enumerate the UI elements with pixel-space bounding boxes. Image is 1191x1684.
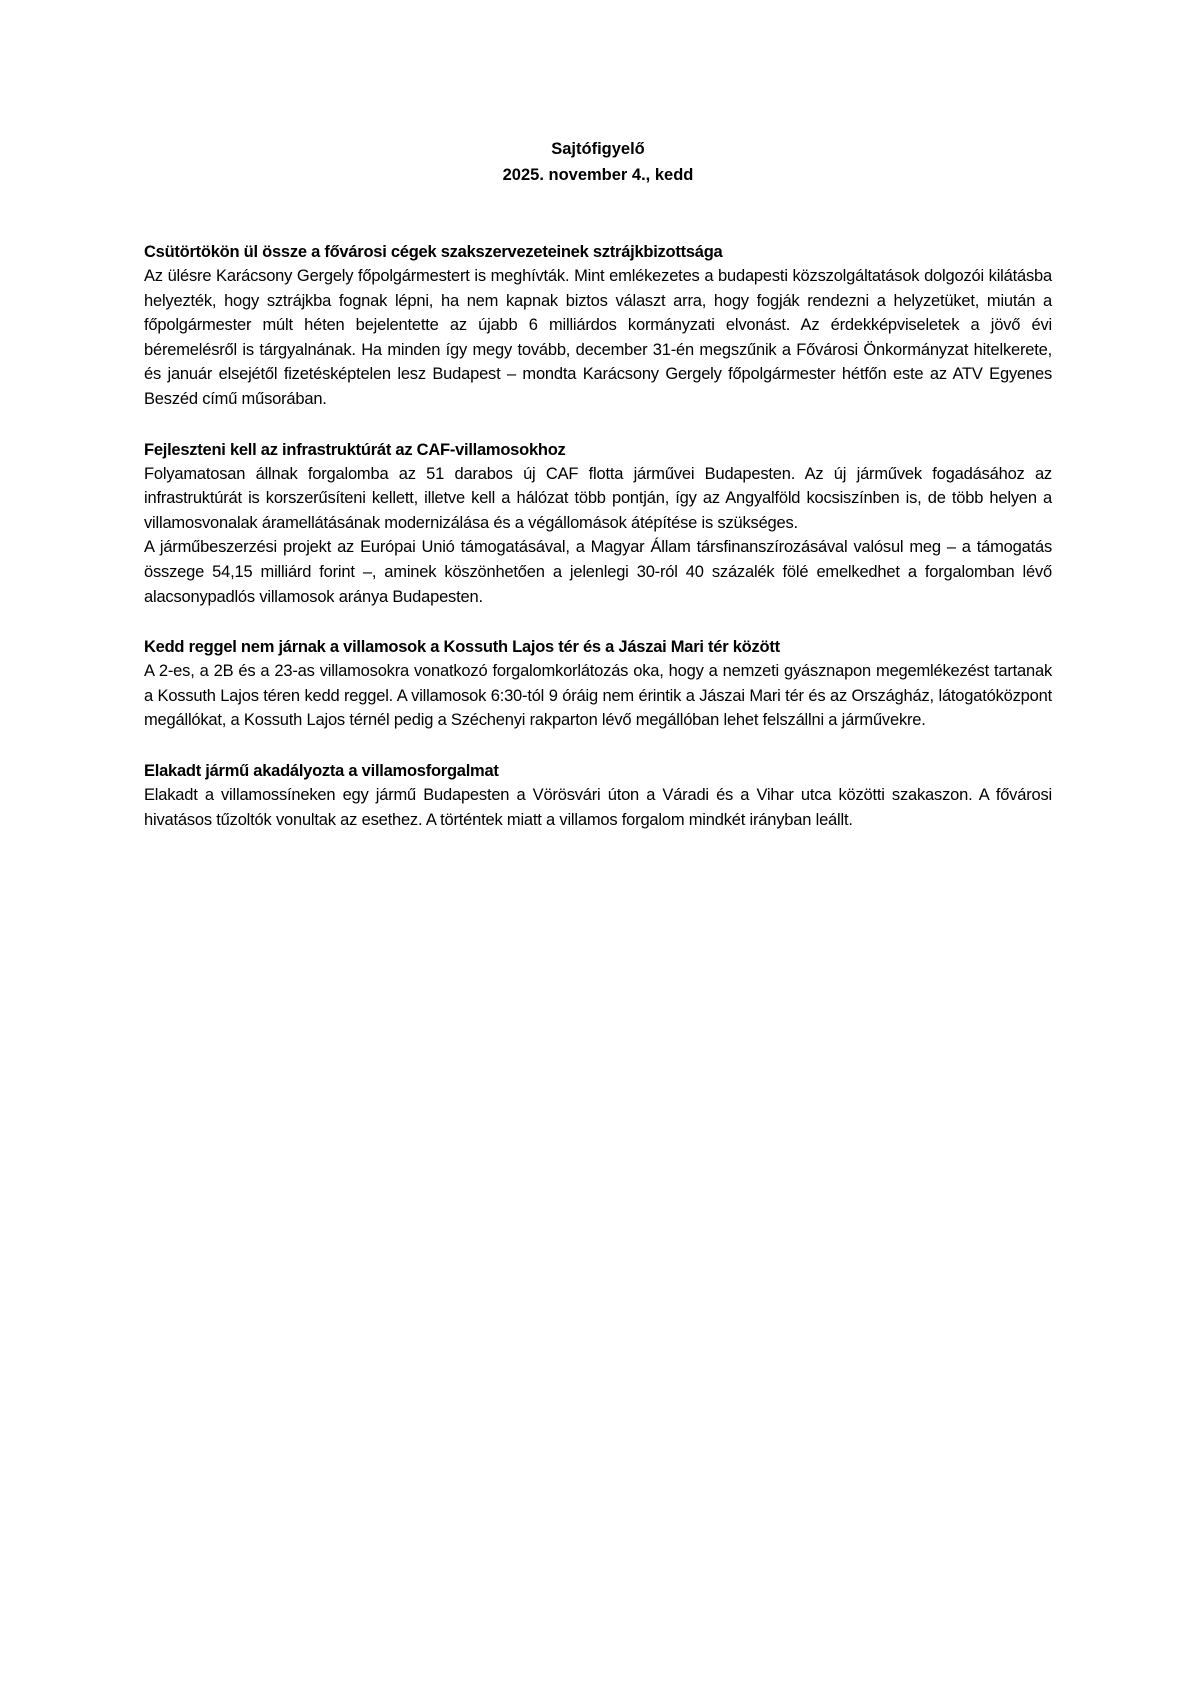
article-paragraph: A 2-es, a 2B és a 23-as villamosokra von… xyxy=(144,659,1052,733)
header-spacer xyxy=(144,188,1052,240)
article-tram-closure: Kedd reggel nem járnak a villamosok a Ko… xyxy=(144,635,1052,733)
article-title: Fejleszteni kell az infrastruktúrát az C… xyxy=(144,438,1052,462)
document-header: Sajtófigyelő 2025. november 4., kedd xyxy=(144,136,1052,188)
article-paragraph: A járműbeszerzési projekt az Európai Uni… xyxy=(144,535,1052,609)
article-title: Elakadt jármű akadályozta a villamosforg… xyxy=(144,759,1052,783)
document-page: Sajtófigyelő 2025. november 4., kedd Csü… xyxy=(144,136,1052,832)
document-title: Sajtófigyelő xyxy=(144,136,1052,162)
article-strike-committee: Csütörtökön ül össze a fővárosi cégek sz… xyxy=(144,240,1052,412)
article-title: Kedd reggel nem járnak a villamosok a Ko… xyxy=(144,635,1052,659)
article-title: Csütörtökön ül össze a fővárosi cégek sz… xyxy=(144,240,1052,264)
article-caf-infrastructure: Fejleszteni kell az infrastruktúrát az C… xyxy=(144,438,1052,610)
article-paragraph: Az ülésre Karácsony Gergely főpolgármest… xyxy=(144,264,1052,412)
article-paragraph: Elakadt a villamossíneken egy jármű Buda… xyxy=(144,783,1052,832)
article-paragraph: Folyamatosan állnak forgalomba az 51 dar… xyxy=(144,462,1052,536)
document-date: 2025. november 4., kedd xyxy=(144,162,1052,188)
article-stuck-vehicle: Elakadt jármű akadályozta a villamosforg… xyxy=(144,759,1052,832)
